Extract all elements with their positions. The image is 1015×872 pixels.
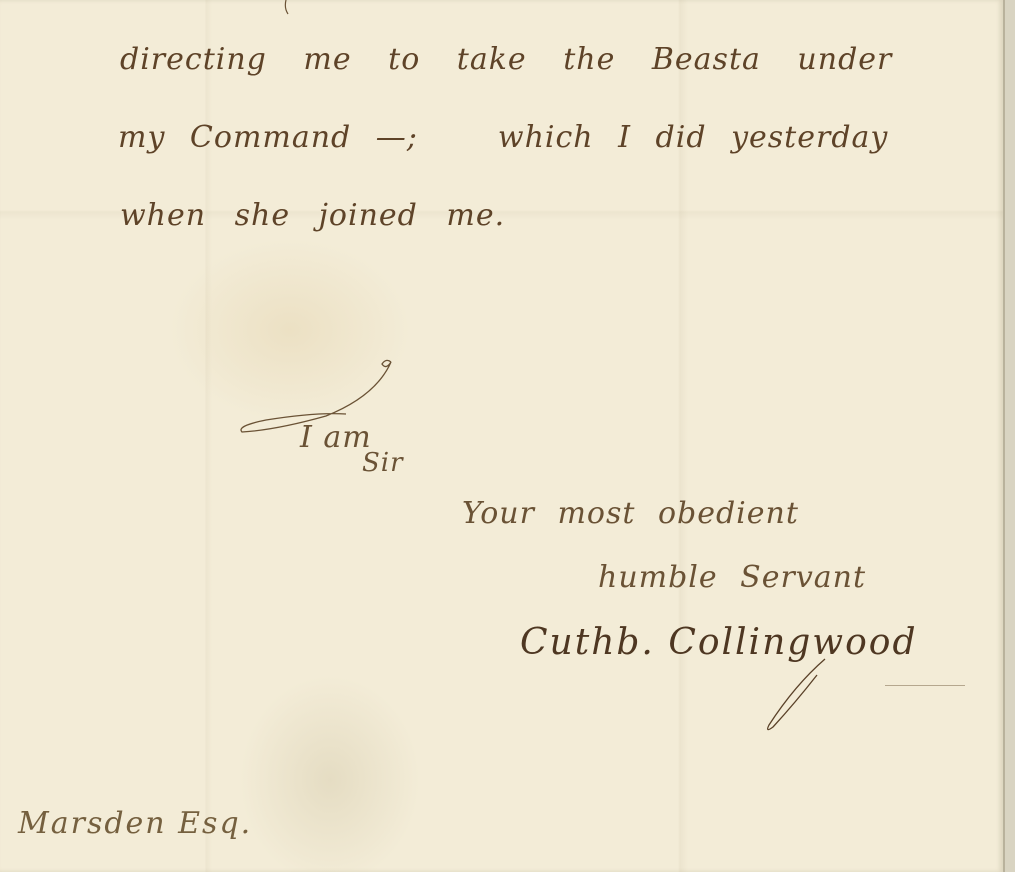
signature: Cuthb. Collingwood: [520, 622, 918, 663]
letter-page: directing me to take the Beasta under my…: [0, 0, 1005, 872]
ink-stroke-fragment: [282, 0, 302, 16]
closing-i-am: I am: [300, 420, 372, 455]
signature-flourish: [755, 655, 835, 735]
closing-sir: Sir: [362, 448, 404, 478]
body-line-2: my Command —;which I did yesterday: [118, 120, 888, 155]
body-line-1: directing me to take the Beasta under: [120, 42, 892, 77]
signature-underline: [885, 685, 965, 686]
closing-humble-servant: humble Servant: [598, 560, 866, 595]
body-line-2-part-b: which I did yesterday: [498, 120, 888, 155]
body-line-2-part-a: my Command —;: [118, 120, 418, 155]
addressee: Marsden Esq.: [18, 806, 252, 841]
body-line-3: when she joined me.: [120, 198, 505, 233]
closing-your-most-obedient: Your most obedient: [462, 496, 799, 531]
